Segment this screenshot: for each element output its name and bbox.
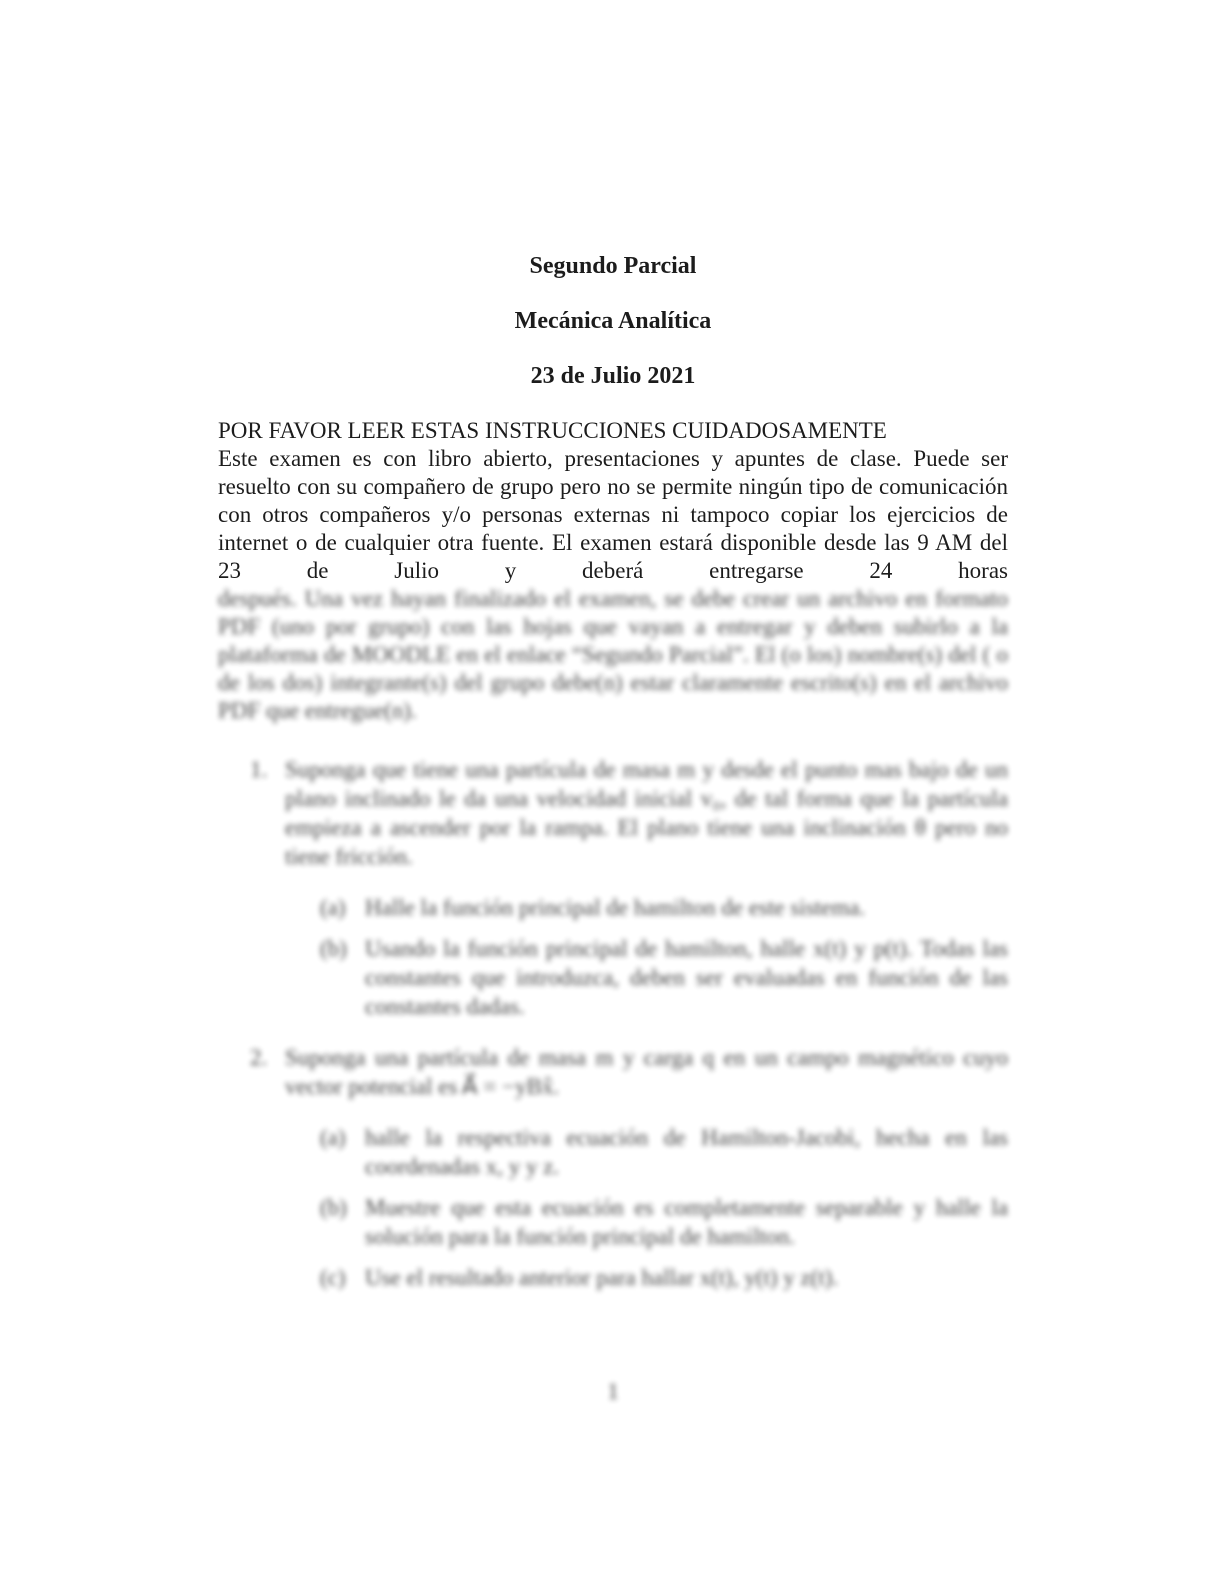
problem-1-number: 1. [250, 755, 285, 871]
exam-document-page: Segundo Parcial Mecánica Analítica 23 de… [0, 0, 1224, 1584]
problem-2-subitem-a-text: halle la respectiva ecuación de Hamilton… [365, 1123, 1008, 1181]
problem-1-subitem-a-label: (a) [320, 893, 365, 922]
exam-date: 23 de Julio 2021 [218, 362, 1008, 390]
instructions-header: POR FAVOR LEER ESTAS INSTRUCCIONES CUIDA… [218, 417, 1008, 445]
problem-2-subitem-a-label: (a) [320, 1123, 365, 1181]
problem-2-subitem-b-label: (b) [320, 1193, 365, 1251]
problem-1-subitem-b-text: Usando la función principal de hamilton,… [365, 934, 1008, 1021]
problem-2: 2. Suponga una partícula de masa m y car… [218, 1043, 1008, 1292]
problem-1-text: Suponga que tiene una partícula de masa … [285, 755, 1008, 871]
problem-1-subitem-a: (a) Halle la función principal de hamilt… [320, 893, 1008, 922]
problem-1: 1. Suponga que tiene una partícula de ma… [218, 755, 1008, 1021]
instructions-paragraph-blurred: después. Una vez hayan finalizado el exa… [218, 585, 1008, 725]
page-number: 1 [218, 1378, 1008, 1406]
problem-1-subitem-b: (b) Usando la función principal de hamil… [320, 934, 1008, 1021]
problem-1-subitem-a-text: Halle la función principal de hamilton d… [365, 893, 1008, 922]
document-content: Segundo Parcial Mecánica Analítica 23 de… [218, 252, 1008, 1406]
problems-list: 1. Suponga que tiene una partícula de ma… [218, 755, 1008, 1292]
problem-2-subitem-c-label: (c) [320, 1263, 365, 1292]
problem-2-number: 2. [250, 1043, 285, 1101]
course-title: Mecánica Analítica [218, 307, 1008, 335]
problem-2-subitem-a: (a) halle la respectiva ecuación de Hami… [320, 1123, 1008, 1181]
problem-1-subitem-b-label: (b) [320, 934, 365, 1021]
instructions-paragraph-sharp: Este examen es con libro abierto, presen… [218, 445, 1008, 585]
problem-2-text: Suponga una partícula de masa m y carga … [285, 1043, 1008, 1101]
problem-2-subitem-b-text: Muestre que esta ecuación es completamen… [365, 1193, 1008, 1251]
problem-2-subitem-c-text: Use el resultado anterior para hallar x(… [365, 1263, 1008, 1292]
exam-title: Segundo Parcial [218, 252, 1008, 280]
problem-2-subitem-b: (b) Muestre que esta ecuación es complet… [320, 1193, 1008, 1251]
problem-2-subitem-c: (c) Use el resultado anterior para halla… [320, 1263, 1008, 1292]
